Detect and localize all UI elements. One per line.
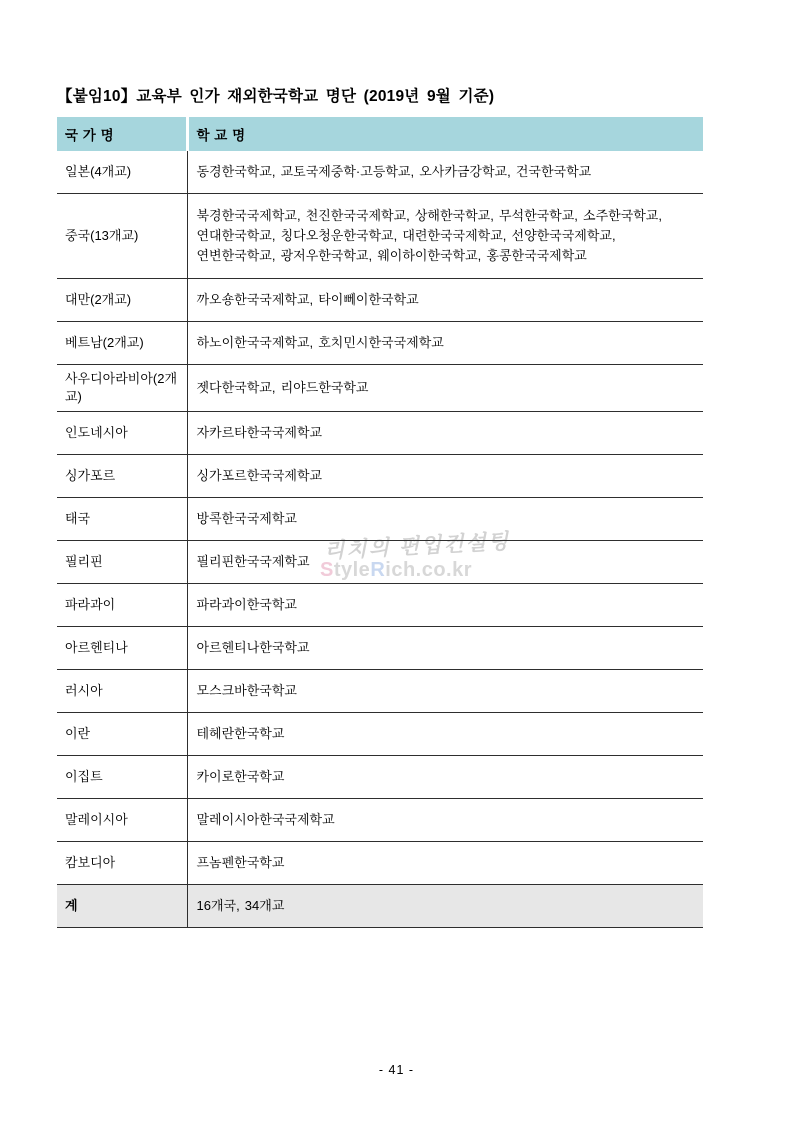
schools-cell: 싱가포르한국국제학교 xyxy=(187,455,703,498)
country-cell: 베트남(2개교) xyxy=(57,322,187,365)
table-row: 일본(4개교) 동경한국학교, 교토국제중학·고등학교, 오사카금강학교, 건국… xyxy=(57,151,703,194)
page-number: - 41 - xyxy=(0,1063,793,1077)
schools-cell: 방콕한국국제학교 xyxy=(187,498,703,541)
country-cell: 러시아 xyxy=(57,670,187,713)
table-row: 말레이시아 말레이시아한국국제학교 xyxy=(57,799,703,842)
country-cell: 대만(2개교) xyxy=(57,279,187,322)
table-row: 인도네시아 자카르타한국국제학교 xyxy=(57,412,703,455)
schools-cell: 프놈펜한국학교 xyxy=(187,842,703,885)
header-country: 국 가 명 xyxy=(57,117,187,151)
table-row: 캄보디아 프놈펜한국학교 xyxy=(57,842,703,885)
table-row: 베트남(2개교) 하노이한국국제학교, 호치민시한국국제학교 xyxy=(57,322,703,365)
country-cell: 사우디아라비아(2개교) xyxy=(57,365,187,412)
table-row: 러시아 모스크바한국학교 xyxy=(57,670,703,713)
country-cell: 일본(4개교) xyxy=(57,151,187,194)
schools-cell: 하노이한국국제학교, 호치민시한국국제학교 xyxy=(187,322,703,365)
table-total-row: 계 16개국, 34개교 xyxy=(57,885,703,928)
schools-cell: 북경한국국제학교, 천진한국국제학교, 상해한국학교, 무석한국학교, 소주한국… xyxy=(187,194,703,279)
table-row: 필리핀 필리핀한국국제학교 xyxy=(57,541,703,584)
table-row: 싱가포르 싱가포르한국국제학교 xyxy=(57,455,703,498)
country-cell: 중국(13개교) xyxy=(57,194,187,279)
table-row: 태국 방콕한국국제학교 xyxy=(57,498,703,541)
schools-cell: 말레이시아한국국제학교 xyxy=(187,799,703,842)
country-cell: 태국 xyxy=(57,498,187,541)
document-page: 【붙임10】교육부 인가 재외한국학교 명단 (2019년 9월 기준) 리치의… xyxy=(0,0,793,1121)
total-value-cell: 16개국, 34개교 xyxy=(187,885,703,928)
header-schools: 학 교 명 xyxy=(187,117,703,151)
country-cell: 인도네시아 xyxy=(57,412,187,455)
table-header-row: 국 가 명 학 교 명 xyxy=(57,117,703,151)
table-row: 아르헨티나 아르헨티나한국학교 xyxy=(57,627,703,670)
schools-cell: 아르헨티나한국학교 xyxy=(187,627,703,670)
schools-cell: 필리핀한국국제학교 xyxy=(187,541,703,584)
schools-cell: 파라과이한국학교 xyxy=(187,584,703,627)
schools-cell: 카이로한국학교 xyxy=(187,756,703,799)
country-cell: 아르헨티나 xyxy=(57,627,187,670)
table-row: 파라과이 파라과이한국학교 xyxy=(57,584,703,627)
schools-cell: 젯다한국학교, 리야드한국학교 xyxy=(187,365,703,412)
page-title: 【붙임10】교육부 인가 재외한국학교 명단 (2019년 9월 기준) xyxy=(57,84,494,106)
table-row: 중국(13개교) 북경한국국제학교, 천진한국국제학교, 상해한국학교, 무석한… xyxy=(57,194,703,279)
country-cell: 파라과이 xyxy=(57,584,187,627)
schools-cell: 모스크바한국학교 xyxy=(187,670,703,713)
table-row: 이집트 카이로한국학교 xyxy=(57,756,703,799)
schools-cell: 자카르타한국국제학교 xyxy=(187,412,703,455)
country-cell: 싱가포르 xyxy=(57,455,187,498)
table-row: 사우디아라비아(2개교) 젯다한국학교, 리야드한국학교 xyxy=(57,365,703,412)
country-cell: 필리핀 xyxy=(57,541,187,584)
table-row: 이란 테헤란한국학교 xyxy=(57,713,703,756)
country-cell: 캄보디아 xyxy=(57,842,187,885)
school-list-table: 국 가 명 학 교 명 일본(4개교) 동경한국학교, 교토국제중학·고등학교,… xyxy=(57,117,703,928)
country-cell: 말레이시아 xyxy=(57,799,187,842)
country-cell: 이란 xyxy=(57,713,187,756)
schools-cell: 테헤란한국학교 xyxy=(187,713,703,756)
total-label-cell: 계 xyxy=(57,885,187,928)
schools-cell: 동경한국학교, 교토국제중학·고등학교, 오사카금강학교, 건국한국학교 xyxy=(187,151,703,194)
table-row: 대만(2개교) 까오숑한국국제학교, 타이뻬이한국학교 xyxy=(57,279,703,322)
country-cell: 이집트 xyxy=(57,756,187,799)
schools-cell: 까오숑한국국제학교, 타이뻬이한국학교 xyxy=(187,279,703,322)
